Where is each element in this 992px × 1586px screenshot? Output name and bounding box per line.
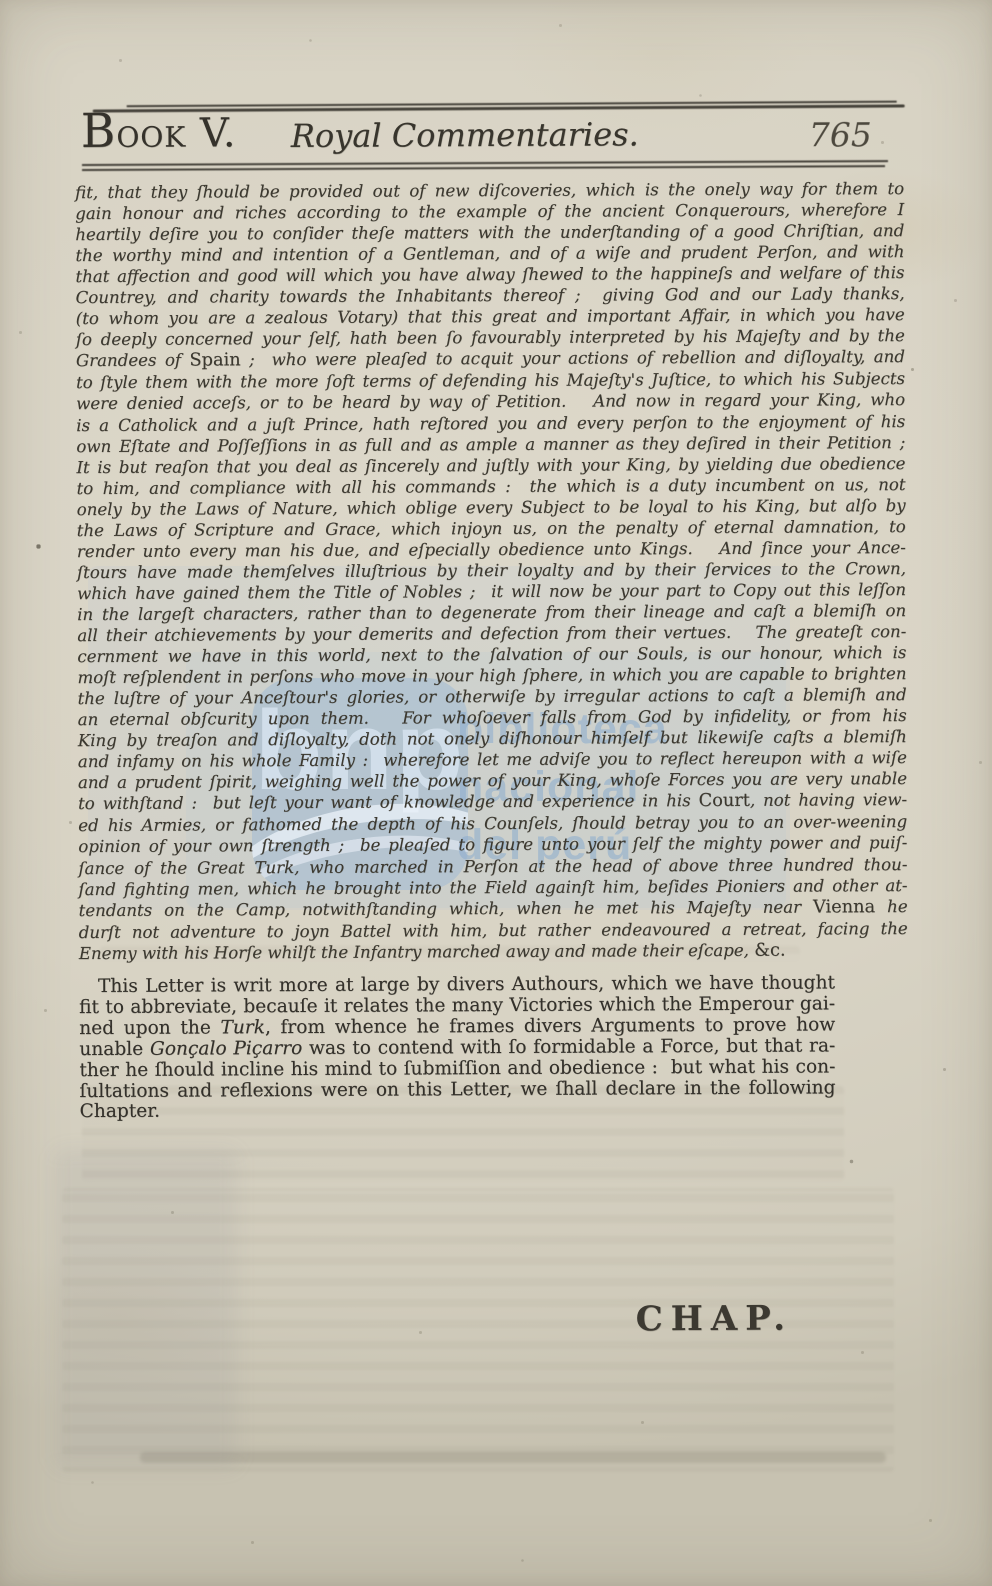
- text-line: Chapter.: [80, 1099, 836, 1124]
- paper-specks: [0, 0, 1, 1]
- text-segment: ; who were pleaſed to acquit your action…: [241, 347, 905, 369]
- text-segment: all their atchievements by your demerits…: [77, 622, 906, 645]
- text-segment: ſance of the Great Turk, who marched in …: [78, 855, 907, 878]
- text-segment: were denied acceſs, or to be heard by wa…: [76, 390, 905, 413]
- page-number: 765: [809, 112, 872, 158]
- running-head-book: Book V.: [81, 105, 237, 160]
- text-segment: to ſtyle them with the more ſoft terms o…: [76, 369, 905, 392]
- text-segment: Enemy with his Horſe whilſt the Infantry…: [79, 940, 754, 962]
- printed-content: Book V. Royal Commentaries. 765 fit, tha…: [0, 0, 992, 1586]
- text-segment: to withſtand : but leſt your want of kno…: [78, 791, 699, 813]
- text-segment: gain honour and riches according to the …: [75, 200, 904, 223]
- text-segment: ned upon the: [79, 1017, 220, 1039]
- text-segment: , from whence he frames divers Arguments…: [265, 1014, 835, 1038]
- emphasis-text: Spain: [189, 351, 240, 371]
- book-page-scan: bnp biblioteca nacional del perú Book V.…: [0, 0, 992, 1586]
- text-segment: Grandees of: [76, 351, 190, 371]
- text-segment: was to contend with ſo formidable a Forc…: [302, 1035, 835, 1059]
- text-segment: tendants on the Camp, notwithſtanding wh…: [79, 897, 813, 920]
- text-segment: the luſtre of your Anceſtour's glories, …: [78, 685, 907, 708]
- text-segment: in the largeſt characters, rather than t…: [77, 601, 906, 624]
- text-segment: ſand fighting men, which he brought into…: [78, 876, 907, 899]
- emphasis-text: &c.: [754, 940, 785, 960]
- text-segment: is a Catholick and a juſt Prince, hath r…: [76, 412, 905, 435]
- text-segment: Countrey, and charity towards the Inhabi…: [76, 284, 905, 307]
- emphasis-text: Vienna: [813, 897, 875, 917]
- text-segment: the Laws of Scripture and Grace, which i…: [77, 517, 906, 540]
- text-segment: and a prudent ſpirit, weighing well the …: [78, 769, 907, 792]
- summary-paragraph: This Letter is writ more at large by div…: [79, 973, 836, 1123]
- text-segment: he: [875, 897, 908, 916]
- text-segment: render unto every man his due, and eſpec…: [77, 538, 906, 561]
- text-segment: cernment we have in this world, next to …: [77, 643, 906, 666]
- text-segment: , not having view-: [750, 790, 907, 810]
- text-segment: fit, that they ſhould be provided out of…: [75, 179, 904, 202]
- text-segment: Chapter.: [80, 1101, 161, 1122]
- text-segment: onely by the Laws of Nature, which oblig…: [77, 496, 906, 519]
- text-segment: It is but reaſon that you deal as ſincer…: [76, 454, 905, 477]
- text-segment: the worthy mind and intention of a Gentl…: [75, 242, 904, 265]
- text-line: ſultations and reflexions were on this L…: [79, 1078, 835, 1103]
- emphasis-text: Turk: [220, 1017, 265, 1038]
- text-segment: which have gained them the Title of Nobl…: [77, 580, 906, 603]
- letter-text-block: fit, that they ſhould be provided out of…: [75, 178, 908, 965]
- text-segment: to him, and compliance with all his comm…: [77, 475, 906, 498]
- running-head-title: Royal Commentaries.: [291, 111, 639, 159]
- text-line: Enemy with his Horſe whilſt the Infantry…: [79, 939, 908, 965]
- text-segment: durſt not adventure to joyn Battel with …: [79, 919, 908, 942]
- text-segment: ſtours have made themſelves illuſtrious …: [77, 559, 906, 582]
- text-segment: opinion of your own ſtrength ; be pleaſe…: [78, 833, 907, 856]
- text-segment: ſultations and reflexions were on this L…: [79, 1077, 835, 1102]
- text-segment: that affection and good will which you h…: [75, 263, 904, 286]
- header-rule-bottom: [82, 165, 885, 171]
- text-segment: heartily deſire you to conſider theſe ma…: [75, 221, 904, 244]
- text-segment: (to whom you are a zealous Votary) that …: [76, 305, 905, 328]
- text-segment: ſo deeply concerned your ſelf, hath been…: [76, 326, 905, 349]
- text-segment: ed his Armies, or fathomed the depth of …: [78, 812, 907, 835]
- text-segment: moſt reſplendent in perſons who move in …: [77, 664, 906, 687]
- chapter-heading: CHAP.: [636, 1299, 794, 1340]
- text-segment: King by treaſon and diſloyalty, doth not…: [78, 727, 907, 750]
- text-segment: an eternal obſcurity upon them. For whoſ…: [78, 706, 907, 729]
- text-segment: own Eſtate and Poſſeſſions in as full an…: [76, 433, 905, 456]
- emphasis-text: Court: [699, 791, 750, 811]
- text-segment: unable: [79, 1038, 150, 1059]
- text-segment: and infamy on his whole Family : wherefo…: [78, 748, 907, 771]
- emphasis-text: Gonçalo Piçarro: [150, 1038, 302, 1060]
